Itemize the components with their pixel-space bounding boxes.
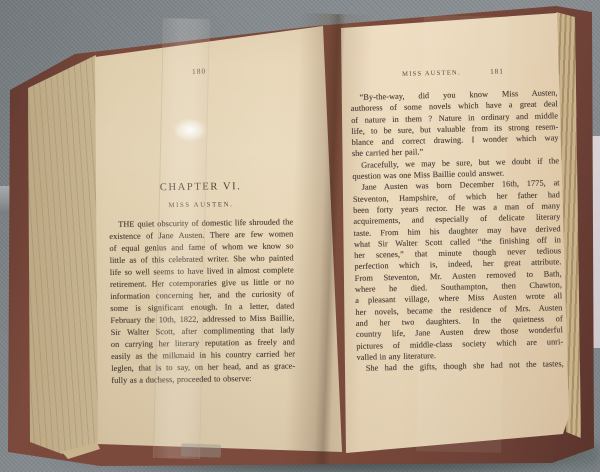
running-head: MISS AUSTEN. (402, 69, 461, 77)
text-line: fully as a duchess, proceeded to observe… (111, 372, 295, 387)
right-page-text: MISS AUSTEN. 181 “By-the-way, did you kn… (350, 65, 564, 374)
photo-of-open-book: 180 CHAPTER VI. MISS AUSTEN. THE quiet o… (0, 0, 600, 472)
plastic-strip-tab (181, 443, 221, 457)
plastic-strip-glare (153, 18, 210, 459)
right-page-body: “By-the-way, did you know Miss Austen,au… (350, 87, 563, 374)
right-page-number: 181 (490, 67, 504, 76)
specular-highlight (168, 115, 212, 145)
